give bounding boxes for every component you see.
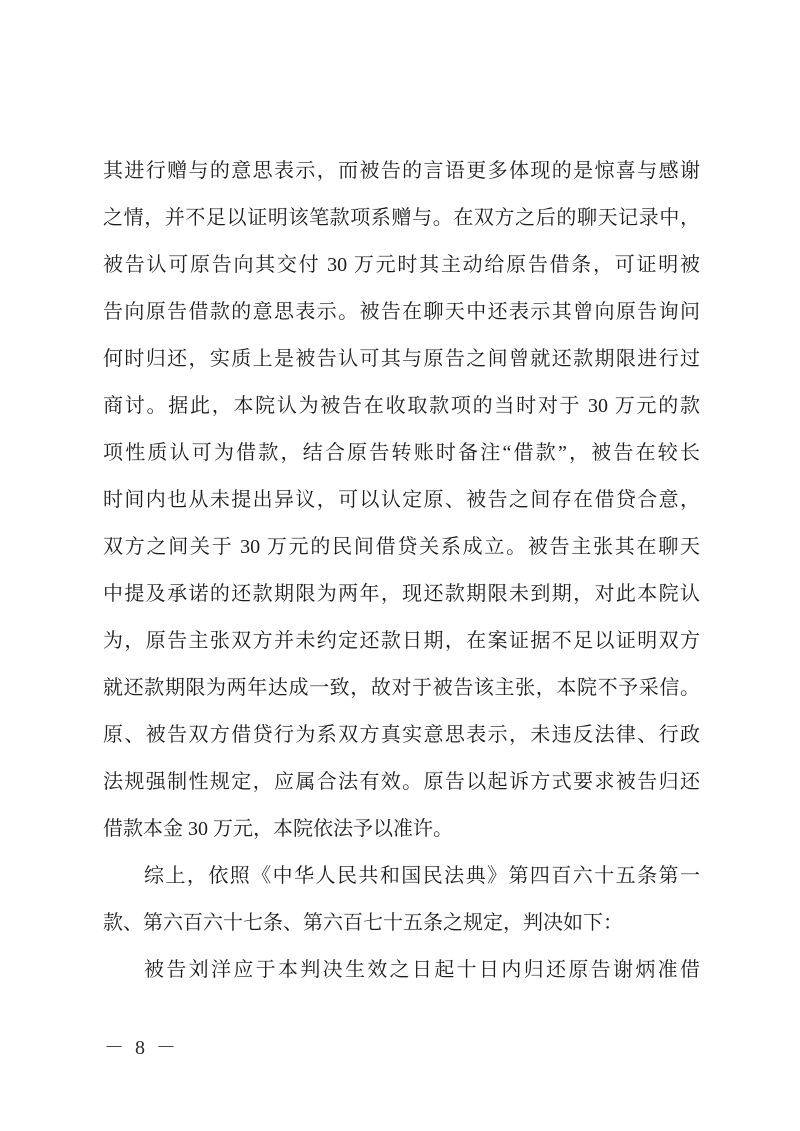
text-line: 款、第六百六十七条、第六百七十五条之规定，判决如下： (103, 900, 700, 947)
text-line: 被告认可原告向其交付 30 万元时其主动给原告借条，可证明被 (103, 242, 700, 289)
text-line: 双方之间关于 30 万元的民间借贷关系成立。被告主张其在聊天 (103, 524, 700, 571)
text-line: 商讨。据此，本院认为被告在收取款项的当时对于 30 万元的款 (103, 383, 700, 430)
text-line: 法规强制性规定，应属合法有效。原告以起诉方式要求被告归还 (103, 759, 700, 806)
page-number: － 8 － (104, 1035, 179, 1061)
text-line: 原、被告双方借贷行为系双方真实意思表示，未违反法律、行政 (103, 712, 700, 759)
text-line: 何时归还，实质上是被告认可其与原告之间曾就还款期限进行过 (103, 336, 700, 383)
document-page: 其进行赠与的意思表示，而被告的言语更多体现的是惊喜与感谢 之情，并不足以证明该笔… (0, 0, 800, 1131)
text-line: 中提及承诺的还款期限为两年，现还款期限未到期，对此本院认 (103, 571, 700, 618)
text-line: 综上，依照《中华人民共和国民法典》第四百六十五条第一 (103, 853, 700, 900)
judgment-text-block: 其进行赠与的意思表示，而被告的言语更多体现的是惊喜与感谢 之情，并不足以证明该笔… (103, 148, 700, 994)
text-line: 其进行赠与的意思表示，而被告的言语更多体现的是惊喜与感谢 (103, 148, 700, 195)
text-line: 时间内也从未提出异议，可以认定原、被告之间存在借贷合意， (103, 477, 700, 524)
text-line: 之情，并不足以证明该笔款项系赠与。在双方之后的聊天记录中， (103, 195, 700, 242)
text-line: 借款本金 30 万元，本院依法予以准许。 (103, 806, 700, 853)
text-line: 就还款期限为两年达成一致，故对于被告该主张，本院不予采信。 (103, 665, 700, 712)
text-line: 告向原告借款的意思表示。被告在聊天中还表示其曾向原告询问 (103, 289, 700, 336)
text-line: 项性质认可为借款，结合原告转账时备注“借款”，被告在较长 (103, 430, 700, 477)
text-line: 为，原告主张双方并未约定还款日期，在案证据不足以证明双方 (103, 618, 700, 665)
text-line: 被告刘洋应于本判决生效之日起十日内归还原告谢炳准借 (103, 947, 700, 994)
